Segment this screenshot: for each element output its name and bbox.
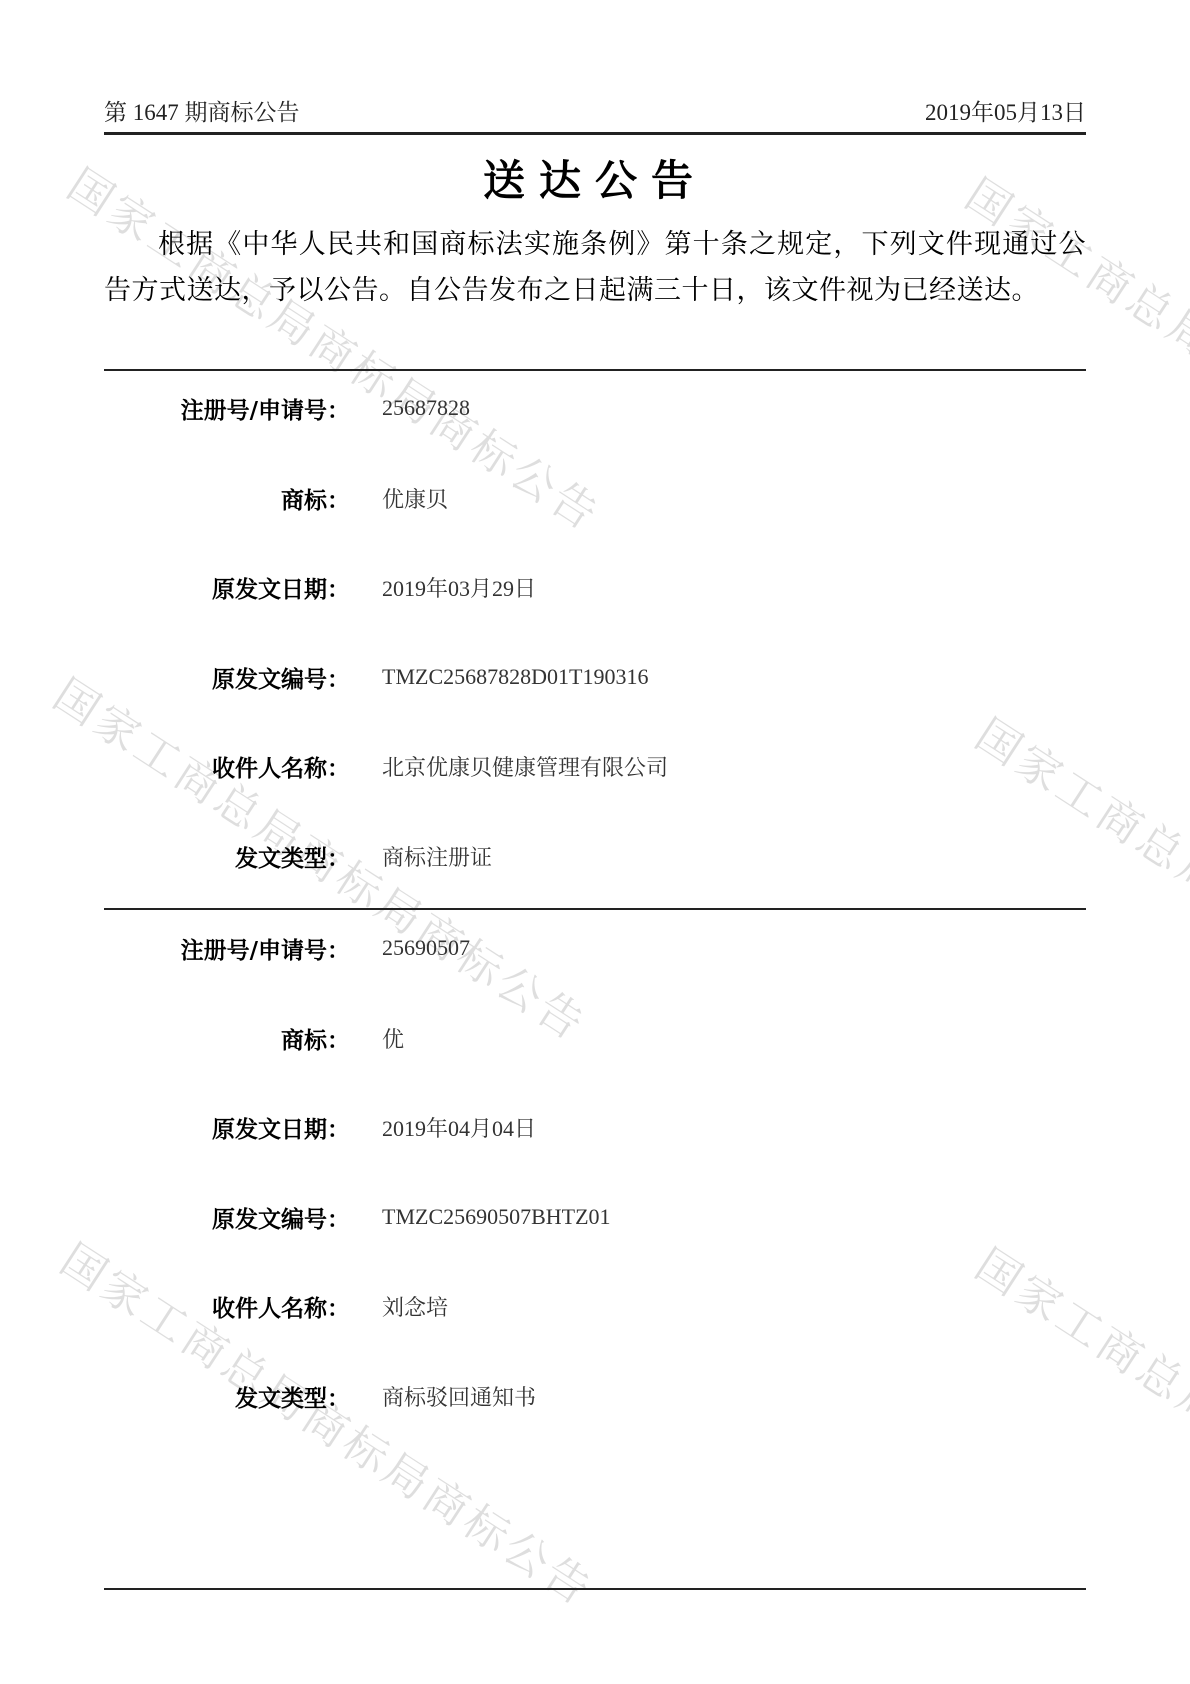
value-trademark: 优 (382, 1023, 404, 1054)
header-divider (104, 132, 1086, 135)
label-reg-no: 注册号/申请号： (104, 392, 350, 425)
value-recipient: 北京优康贝健康管理有限公司 (382, 751, 668, 782)
value-orig-no: TMZC25687828D01T190316 (382, 664, 648, 690)
label-orig-date: 原发文日期： (104, 1111, 350, 1144)
field-recipient: 收件人名称： 北京优康贝健康管理有限公司 (104, 746, 1086, 786)
label-doc-type: 发文类型： (104, 1380, 350, 1413)
label-orig-no: 原发文编号： (104, 661, 350, 694)
value-doc-type: 商标注册证 (382, 841, 492, 872)
watermark: 国家工商总局商标局商标公告 (50, 1225, 608, 1619)
field-orig-date: 原发文日期： 2019年04月04日 (104, 1107, 1086, 1147)
section-divider (104, 908, 1086, 910)
label-orig-no: 原发文编号： (104, 1201, 350, 1234)
label-recipient: 收件人名称： (104, 750, 350, 783)
value-doc-type: 商标驳回通知书 (382, 1381, 536, 1412)
intro-paragraph: 根据《中华人民共和国商标法实施条例》第十条之规定，下列文件现通过公告方式送达，予… (104, 222, 1086, 314)
value-trademark: 优康贝 (382, 483, 448, 514)
field-orig-no: 原发文编号： TMZC25687828D01T190316 (104, 657, 1086, 697)
value-reg-no: 25690507 (382, 935, 470, 961)
field-recipient: 收件人名称： 刘念培 (104, 1286, 1086, 1326)
field-doc-type: 发文类型： 商标注册证 (104, 836, 1086, 876)
value-reg-no: 25687828 (382, 395, 470, 421)
label-orig-date: 原发文日期： (104, 571, 350, 604)
value-orig-no: TMZC25690507BHTZ01 (382, 1204, 611, 1230)
label-doc-type: 发文类型： (104, 840, 350, 873)
field-orig-date: 原发文日期： 2019年03月29日 (104, 567, 1086, 607)
label-trademark: 商标： (104, 482, 350, 515)
field-doc-type: 发文类型： 商标驳回通知书 (104, 1376, 1086, 1416)
label-trademark: 商标： (104, 1022, 350, 1055)
section-divider (104, 369, 1086, 371)
value-recipient: 刘念培 (382, 1291, 448, 1322)
value-orig-date: 2019年03月29日 (382, 572, 536, 603)
document-page: 国家工商总局商标局商标公告 国家工商总局商标局商标公告 国家工商总局商标局商标公… (0, 0, 1190, 1684)
value-orig-date: 2019年04月04日 (382, 1112, 536, 1143)
field-trademark: 商标： 优康贝 (104, 478, 1086, 518)
issue-number: 第 1647 期商标公告 (104, 94, 300, 127)
label-reg-no: 注册号/申请号： (104, 932, 350, 965)
footer-divider (104, 1588, 1086, 1590)
field-orig-no: 原发文编号： TMZC25690507BHTZ01 (104, 1197, 1086, 1237)
field-reg-no: 注册号/申请号： 25690507 (104, 928, 1086, 968)
label-recipient: 收件人名称： (104, 1290, 350, 1323)
page-title: 送达公告 (0, 148, 1190, 208)
field-trademark: 商标： 优 (104, 1018, 1086, 1058)
field-reg-no: 注册号/申请号： 25687828 (104, 388, 1086, 428)
issue-date: 2019年05月13日 (925, 94, 1086, 127)
page-header: 第 1647 期商标公告 2019年05月13日 (104, 88, 1086, 132)
